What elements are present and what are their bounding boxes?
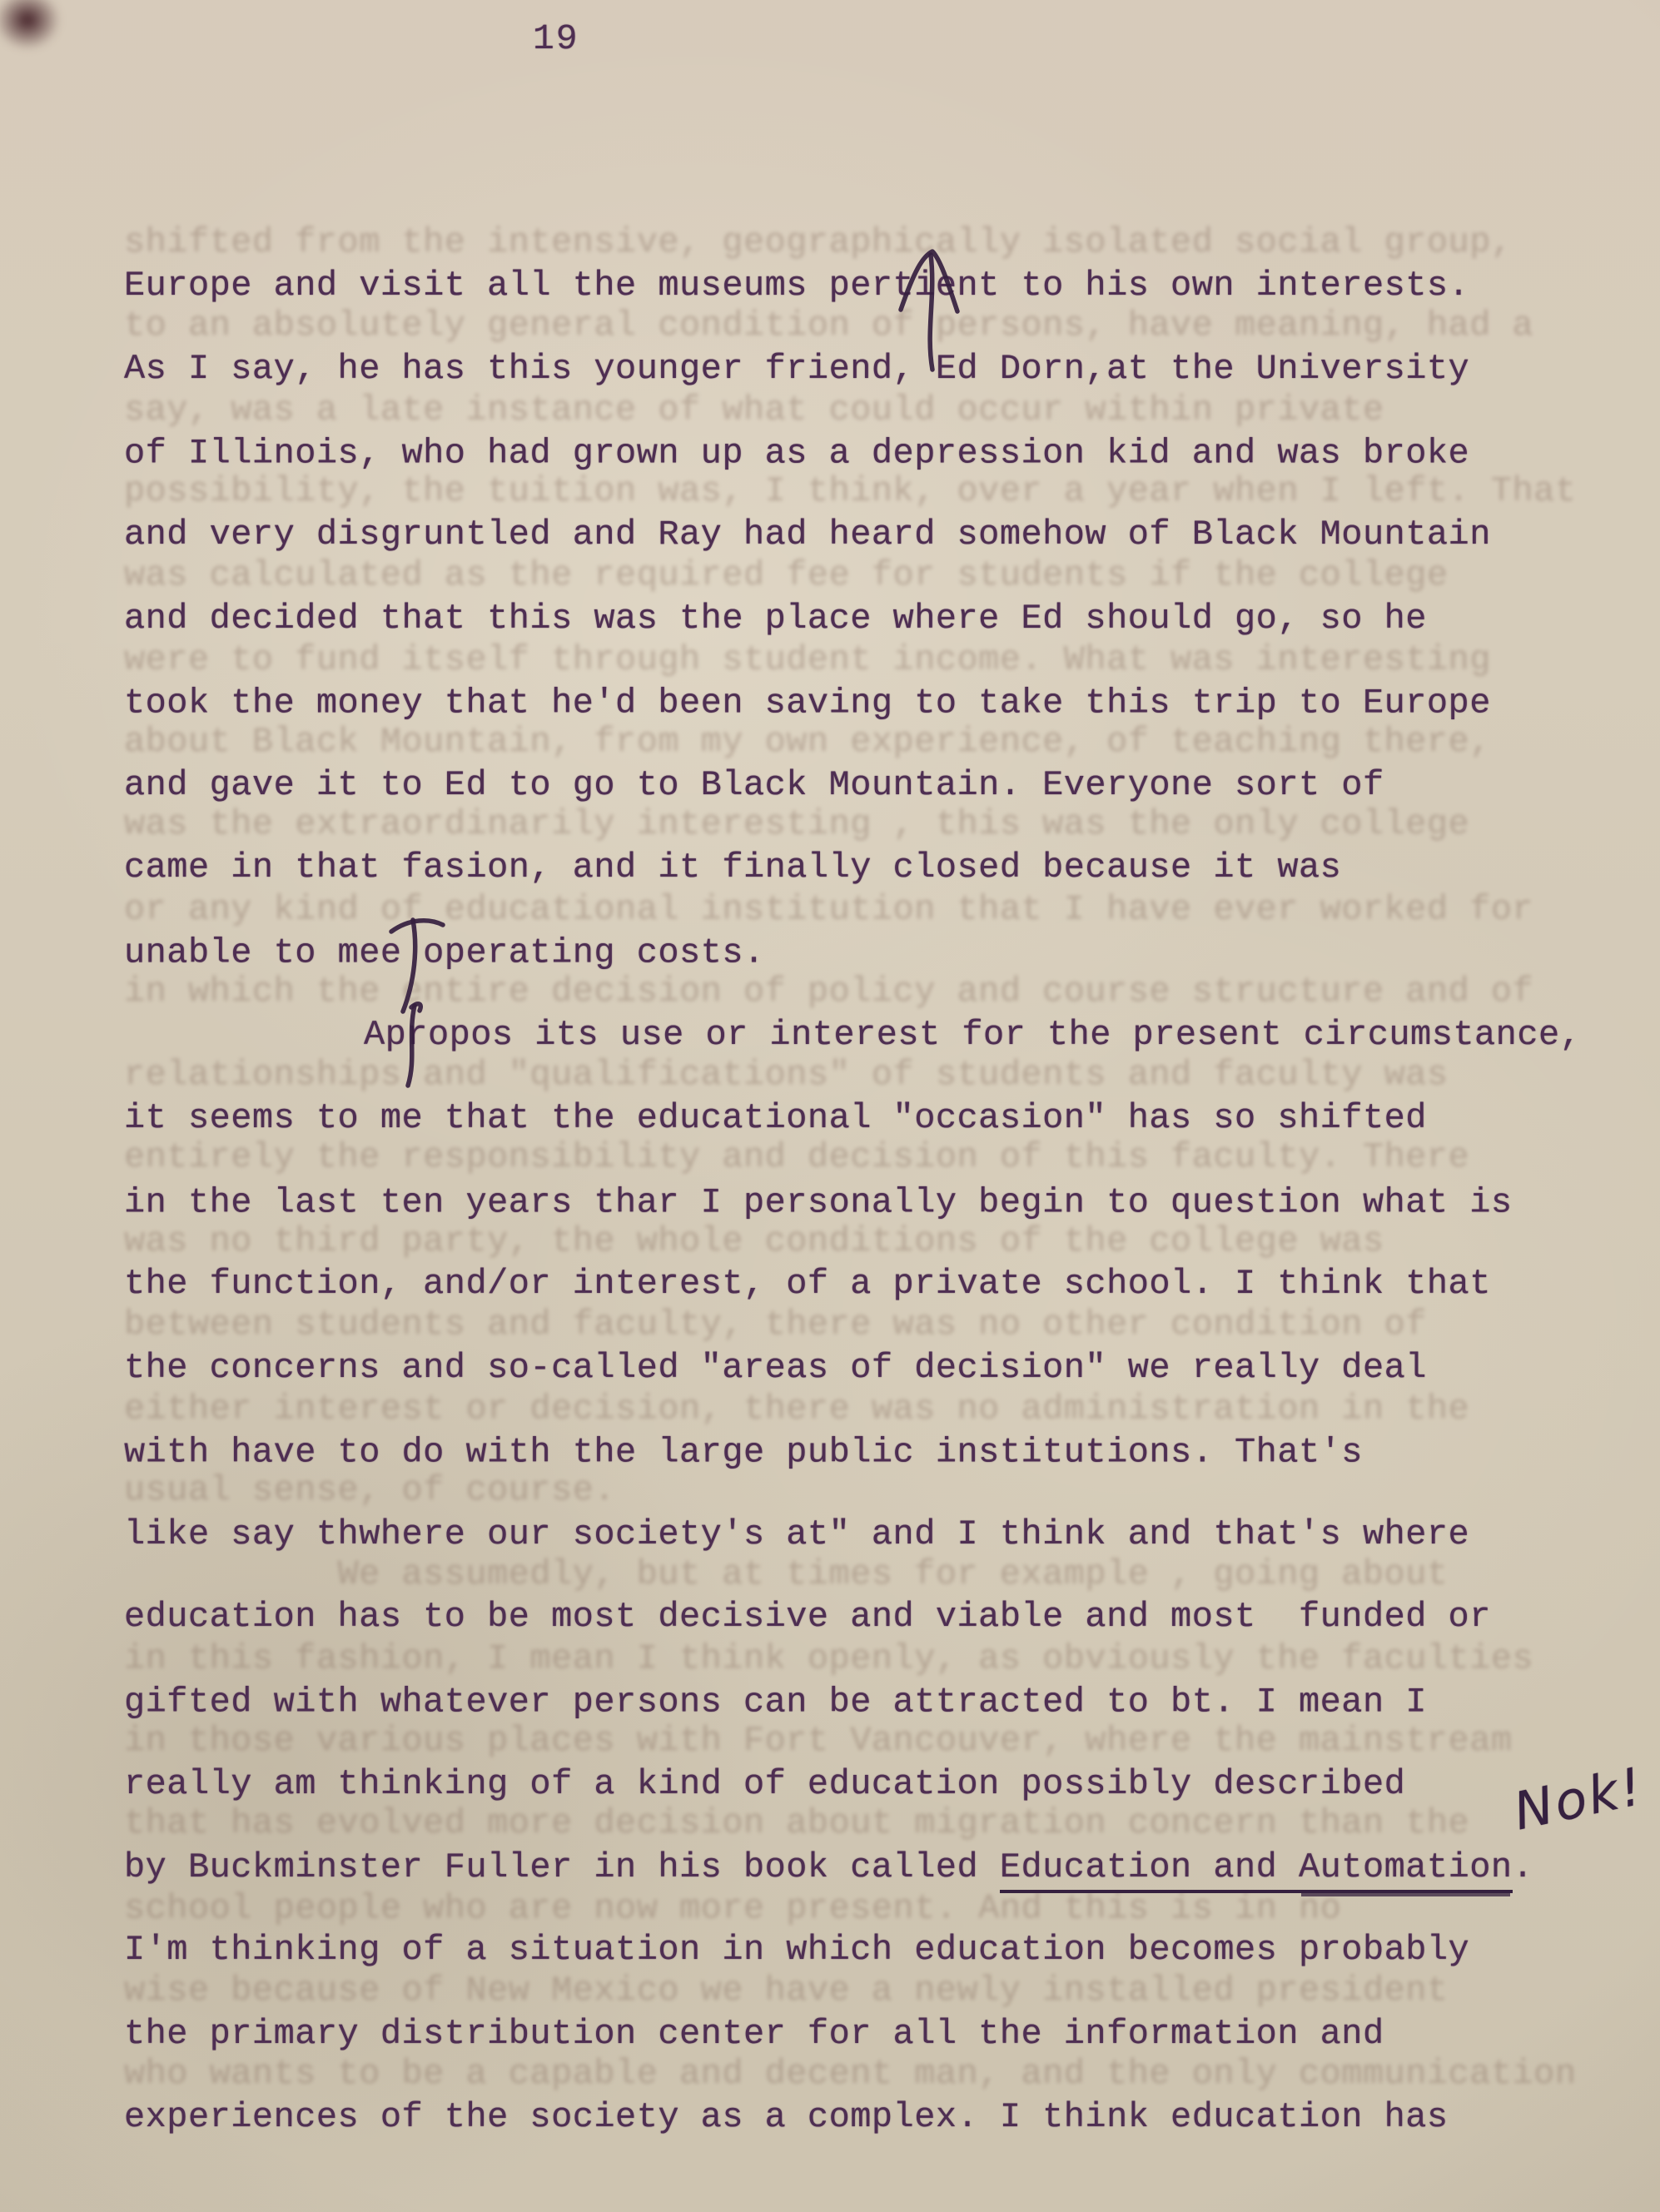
typed-line: and gave it to Ed to go to Black Mountai… [124, 768, 1589, 803]
corner-shadow [0, 0, 73, 62]
pen-underline: Education and [1000, 1847, 1299, 1893]
typed-line: with have to do with the large public in… [124, 1435, 1589, 1470]
typed-line: by Buckminster Fuller in his book called… [124, 1850, 1589, 1885]
typed-line: experiences of the society as a complex.… [124, 2100, 1589, 2135]
typed-line: the function, and/or interest, of a priv… [124, 1266, 1589, 1301]
typed-line: the primary distribution center for all … [124, 2016, 1589, 2051]
paragraph-2: Apropos its use or interest for the pres… [124, 1017, 1589, 2135]
typed-line: the concerns and so-called "areas of dec… [124, 1350, 1589, 1385]
typed-line: took the money that he'd been saving to … [124, 686, 1589, 721]
pen-underline: Automation [1299, 1847, 1513, 1893]
typed-line: it seems to me that the educational "occ… [124, 1101, 1589, 1136]
typed-line: As I say, he has this younger friend, Ed… [124, 351, 1589, 386]
typed-text: Europe and visit all the museums pertien… [124, 268, 1589, 2183]
page-number: 19 [533, 18, 579, 59]
typed-line: gifted with whatever persons can be attr… [124, 1685, 1589, 1720]
typed-line: Europe and visit all the museums pertien… [124, 268, 1589, 303]
typed-line: I'm thinking of a situation in which edu… [124, 1932, 1589, 1967]
typed-line: Apropos its use or interest for the pres… [124, 1017, 1589, 1052]
bleedthrough-line: shifted from the intensive, geographical… [124, 225, 1623, 260]
typed-line: education has to be most decisive and vi… [124, 1599, 1589, 1634]
typed-text-segment: by Buckminster Fuller in his book called [124, 1847, 1000, 1887]
typed-text-segment: . [1513, 1847, 1534, 1887]
typed-line: in the last ten years thar I personally … [124, 1186, 1589, 1220]
typed-line: unable to mee operating costs. [124, 936, 1589, 971]
typed-line: and decided that this was the place wher… [124, 601, 1589, 636]
typed-line: came in that fasion, and it finally clos… [124, 850, 1589, 885]
document-page: shifted from the intensive, geographical… [0, 0, 1660, 2212]
typed-line: like say thwhere our society's at" and I… [124, 1517, 1589, 1552]
typed-line: really am thinking of a kind of educatio… [124, 1767, 1589, 1802]
paragraph-1: Europe and visit all the museums pertien… [124, 268, 1589, 969]
typed-line: and very disgruntled and Ray had heard s… [124, 517, 1589, 552]
typed-line: of Illinois, who had grown up as a depre… [124, 436, 1589, 471]
